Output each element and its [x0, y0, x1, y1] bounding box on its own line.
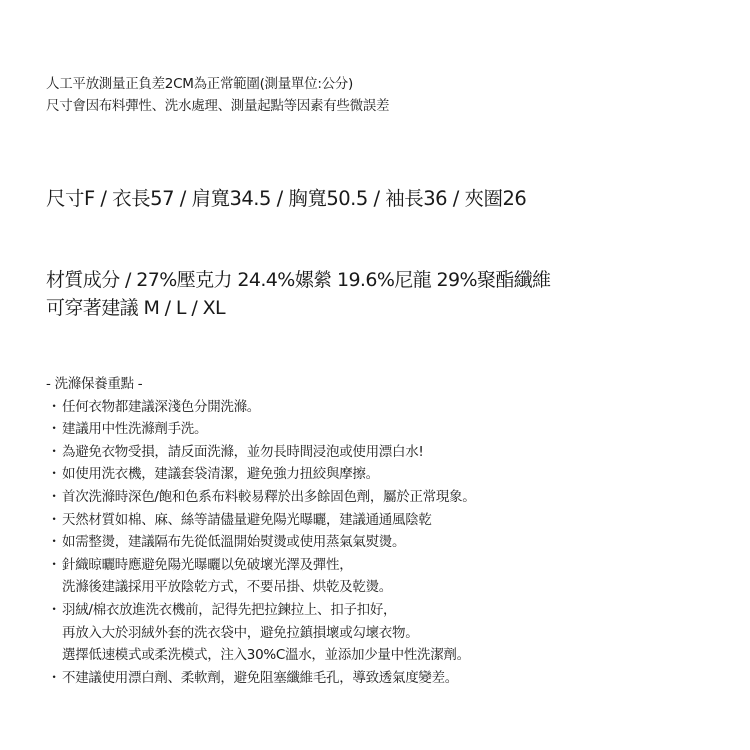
care-item-text: 如使用洗衣機，建議套袋清潔，避免強力扭絞與摩擦。 — [62, 466, 379, 482]
bullet-dot-icon: ・ — [46, 531, 62, 554]
care-item-text: 建議用中性洗滌劑手洗。 — [62, 421, 207, 437]
care-item-text: 任何衣物都建議深淺色分開洗滌。 — [62, 399, 260, 415]
care-item-line: ・建議用中性洗滌劑手洗。 — [46, 418, 475, 441]
size-spec: 尺寸F / 衣長57 / 肩寬34.5 / 胸寬50.5 / 袖長36 / 夾圈… — [46, 184, 526, 214]
measurement-note-line: 人工平放測量正負差2CM為正常範圍(測量單位:公分) — [46, 73, 389, 95]
care-item-line: ・天然材質如棉、麻、絲等請儘量避免陽光曝曬，建議通通風陰乾 — [46, 509, 475, 532]
care-item-text: 不建議使用漂白劑、柔軟劑，避免阻塞纖維毛孔，導致透氣度變差。 — [62, 670, 458, 686]
care-item-text: 天然材質如棉、麻、絲等請儘量避免陽光曝曬，建議通通風陰乾 — [62, 512, 432, 528]
care-item-line: ・針織晾曬時應避免陽光曝曬以免破壞光澤及彈性， — [46, 554, 475, 577]
material-info: 材質成分 / 27%壓克力 24.4%嫘縈 19.6%尼龍 29%聚酯纖維 可穿… — [46, 266, 551, 322]
bullet-dot-icon: ・ — [46, 396, 62, 419]
measurement-note: 人工平放測量正負差2CM為正常範圍(測量單位:公分) 尺寸會因布料彈性、洗水處理… — [46, 73, 389, 117]
care-item-text: 如需整燙，建議隔布先從低溫開始熨燙或使用蒸氣氣熨燙。 — [62, 534, 405, 550]
bullet-dot-icon: ・ — [46, 509, 62, 532]
bullet-dot-icon: ・ — [46, 418, 62, 441]
care-title: - 洗滌保養重點 - — [46, 373, 475, 396]
care-item-text: 羽絨/棉衣放進洗衣機前，記得先把拉鍊拉上、扣子扣好， — [62, 602, 396, 618]
care-item-line: ・任何衣物都建議深淺色分開洗滌。 — [46, 396, 475, 419]
care-item-line: 選擇低速模式或柔洗模式，注入30%C溫水，並添加少量中性洗潔劑。 — [46, 644, 475, 667]
bullet-dot-icon: ・ — [46, 486, 62, 509]
care-item-text: 再放入大於羽絨外套的洗衣袋中，避免拉鎮損壞或勾壞衣物。 — [62, 625, 418, 641]
bullet-dot-icon: ・ — [46, 441, 62, 464]
material-composition: 材質成分 / 27%壓克力 24.4%嫘縈 19.6%尼龍 29%聚酯纖維 — [46, 266, 551, 294]
size-spec-text: 尺寸F / 衣長57 / 肩寬34.5 / 胸寬50.5 / 袖長36 / 夾圈… — [46, 184, 526, 214]
care-item-line: ・不建議使用漂白劑、柔軟劑，避免阻塞纖維毛孔，導致透氣度變差。 — [46, 667, 475, 690]
care-item-line: ・羽絨/棉衣放進洗衣機前，記得先把拉鍊拉上、扣子扣好， — [46, 599, 475, 622]
care-instructions: - 洗滌保養重點 - ・任何衣物都建議深淺色分開洗滌。・建議用中性洗滌劑手洗。・… — [46, 373, 475, 689]
care-list: ・任何衣物都建議深淺色分開洗滌。・建議用中性洗滌劑手洗。・為避免衣物受損，請反面… — [46, 396, 475, 690]
care-item-line: ・如需整燙，建議隔布先從低溫開始熨燙或使用蒸氣氣熨燙。 — [46, 531, 475, 554]
measurement-note-line: 尺寸會因布料彈性、洗水處理、測量起點等因素有些微誤差 — [46, 95, 389, 117]
care-item-text: 洗滌後建議採用平放陰乾方式，不要吊掛、烘乾及乾燙。 — [62, 579, 392, 595]
care-item-line: ・為避免衣物受損，請反面洗滌，並勿長時間浸泡或使用漂白水! — [46, 441, 475, 464]
care-item-line: 洗滌後建議採用平放陰乾方式，不要吊掛、烘乾及乾燙。 — [46, 576, 475, 599]
care-item-line: 再放入大於羽絨外套的洗衣袋中，避免拉鎮損壞或勾壞衣物。 — [46, 622, 475, 645]
bullet-dot-icon: ・ — [46, 667, 62, 690]
care-item-text: 針織晾曬時應避免陽光曝曬以免破壞光澤及彈性， — [62, 557, 352, 573]
bullet-dot-icon: ・ — [46, 463, 62, 486]
recommended-sizes: 可穿著建議 M / L / XL — [46, 294, 551, 322]
care-item-text: 選擇低速模式或柔洗模式，注入30%C溫水，並添加少量中性洗潔劑。 — [62, 647, 470, 663]
bullet-dot-icon: ・ — [46, 554, 62, 577]
care-item-line: ・首次洗滌時深色/飽和色系布料較易釋於出多餘固色劑，屬於正常現象。 — [46, 486, 475, 509]
care-item-line: ・如使用洗衣機，建議套袋清潔，避免強力扭絞與摩擦。 — [46, 463, 475, 486]
care-item-text: 首次洗滌時深色/飽和色系布料較易釋於出多餘固色劑，屬於正常現象。 — [62, 489, 475, 505]
care-item-text: 為避免衣物受損，請反面洗滌，並勿長時間浸泡或使用漂白水! — [62, 444, 424, 460]
bullet-dot-icon: ・ — [46, 599, 62, 622]
